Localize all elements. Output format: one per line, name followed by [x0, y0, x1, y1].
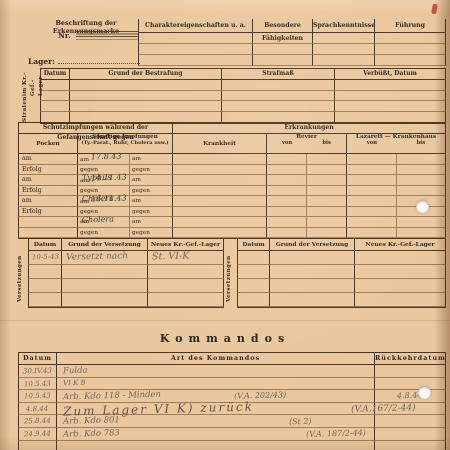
nr-label: Nr. [58, 31, 71, 40]
empty-cell [253, 44, 313, 55]
hole-punch-top [416, 200, 429, 213]
empty-cell [267, 196, 307, 207]
empty-cell [375, 44, 446, 55]
empty-cell [335, 80, 446, 91]
empty-cell [347, 196, 397, 207]
empty-cell [173, 217, 267, 228]
empty-cell [28, 265, 62, 279]
versetzungen-side-label-right: Versetzungen [226, 246, 232, 302]
empty-cell [347, 165, 397, 176]
empty-cell [307, 207, 347, 218]
impf-row-label: Erfolg [18, 207, 78, 218]
empty-cell [138, 33, 253, 44]
empty-cell [222, 101, 335, 112]
empty-cell [28, 293, 62, 307]
empty-cell [355, 293, 446, 307]
impf-right: gegen [130, 186, 173, 197]
empty-cell [237, 251, 270, 265]
empty-cell [347, 154, 397, 165]
empty-cell [307, 154, 347, 165]
empty-cell [397, 186, 446, 197]
lazarett-bis: bis [417, 140, 426, 146]
kommando-rueckkehr [375, 378, 446, 391]
empty-cell [62, 293, 148, 307]
empty-cell [173, 165, 267, 176]
empty-cell [313, 44, 375, 55]
empty-cell [267, 186, 307, 197]
empty-cell [62, 279, 148, 293]
empty-cell [307, 196, 347, 207]
col-charaktereigenschaften: Charaktereigenschaften u. a. [138, 19, 253, 33]
empty-cell [173, 154, 267, 165]
impf-row-label: Erfolg [18, 186, 78, 197]
empty-cell [173, 207, 267, 218]
erkennungsmarke-nr-row: Nr. [58, 31, 138, 40]
empty-cell [267, 217, 307, 228]
versetzung-neues-lager: St. VI-K [148, 251, 224, 265]
impf-value-handwritten: 14.11.43 [91, 173, 127, 184]
col-krankheit: Krankheit [173, 134, 267, 154]
empty-cell [237, 279, 270, 293]
empty-cell [307, 165, 347, 176]
empty-cell [267, 154, 307, 165]
empty-cell [62, 265, 148, 279]
empty-cell [253, 55, 313, 66]
impfungen-title: Schutzimpfungen während der Gefangenscha… [18, 123, 173, 134]
col-neues-lager: Neues Kr.-Gef.-Lager [355, 239, 446, 251]
empty-cell [148, 279, 224, 293]
empty-cell [313, 55, 375, 66]
kommandos-table: Datum Art des Kommandos Rückkehrdatum 30… [18, 352, 446, 450]
kommando-note: (V.A. 187/2-44) [306, 428, 366, 439]
col-besondere-faehigkeiten: Besondere Fähigkeiten [253, 19, 313, 33]
col-neues-lager: Neues Kr.-Gef.-Lager [148, 239, 224, 251]
versetzung-datum: 10-5-43 [28, 251, 62, 265]
impf-value-handwritten: 16.11.43 [91, 194, 127, 205]
kommando-rueckkehr: 4.8.44 [375, 390, 446, 403]
empty-cell [57, 441, 375, 450]
empty-cell [375, 55, 446, 66]
impf-mid: am17.8.43 [78, 154, 130, 165]
col-datum: Datum [237, 239, 270, 251]
col-art-des-kommandos: Art des Kommandos [57, 353, 375, 365]
empty-cell [307, 175, 347, 186]
kommando-datum: 24.9.44 [18, 428, 57, 441]
empty-cell [222, 80, 335, 91]
impf-right: gegen [130, 165, 173, 176]
empty-cell [270, 279, 355, 293]
empty-cell [173, 228, 267, 239]
col-grund-der-versetzung: Grund der Versetzung [62, 239, 148, 251]
empty-cell [397, 154, 446, 165]
lager-label: Lager: [28, 57, 55, 66]
empty-cell [222, 91, 335, 102]
impf-row-label [18, 228, 78, 239]
impf-value-handwritten: 17.8.43 [91, 152, 122, 163]
col-fuehrung: Führung [375, 19, 446, 33]
col-revier: Revier vonbis [267, 134, 347, 154]
kommando-art: VI K B [57, 378, 375, 391]
empty-cell [70, 101, 222, 112]
empty-cell [267, 165, 307, 176]
lager-row: Lager: [28, 56, 140, 66]
versetzungen-table-left: Datum Grund der Versetzung Neues Kr.-Gef… [28, 238, 224, 308]
empty-cell [267, 228, 307, 239]
empty-cell [347, 207, 397, 218]
empty-cell [148, 293, 224, 307]
impf-row-label: am [18, 154, 78, 165]
kommando-datum: 30.IV.43 [18, 365, 57, 378]
empty-cell [307, 186, 347, 197]
col-strafmass: Strafmaß [222, 69, 335, 80]
kommando-datum: 10.5.43 [18, 378, 57, 391]
impf-right: am [130, 175, 173, 186]
col-lazarett: Lazarett — Krankenhaus vonbis [347, 134, 446, 154]
empty-cell [148, 265, 224, 279]
impf-value-handwritten: Cholera [82, 214, 114, 225]
impf-mid: gegenCholera [78, 207, 130, 218]
col-datum: Datum [28, 239, 62, 251]
empty-cell [307, 228, 347, 239]
lazarett-von: von [367, 140, 377, 146]
col-pocken: Pocken [18, 134, 78, 154]
empty-cell [397, 228, 446, 239]
empty-cell [70, 91, 222, 102]
kommando-art: Zum Lager VI K) zurück(V.A.167/2-44) [57, 403, 375, 416]
kommando-rueckkehr [375, 428, 446, 441]
erkrankungen-title: Erkrankungen [173, 123, 446, 134]
paper-crease [0, 320, 450, 321]
kommandos-title: Kommandos [0, 332, 450, 345]
col-sonstige-impfungen: Sonstige Impfungen (Ty.-Parat., Ruhr, Ch… [78, 134, 173, 154]
kommando-datum: 4.8.44 [18, 403, 57, 416]
impf-right: gegen [130, 228, 173, 239]
empty-cell [173, 175, 267, 186]
red-pencil-mark [431, 4, 438, 15]
empty-cell [173, 196, 267, 207]
empty-cell [347, 186, 397, 197]
empty-cell [28, 279, 62, 293]
empty-cell [40, 101, 70, 112]
kommando-art: Arb. Kdo 783(V.A. 187/2-44) [57, 428, 375, 441]
empty-cell [270, 251, 355, 265]
kommando-note: (V.A.167/2-44) [351, 403, 416, 415]
empty-cell [138, 55, 253, 66]
empty-cell [335, 101, 446, 112]
empty-cell [267, 207, 307, 218]
impf-row-label: Erfolg [18, 165, 78, 176]
empty-cell [237, 265, 270, 279]
empty-cell [270, 265, 355, 279]
impf-row-label: am [18, 175, 78, 186]
versetzung-grund: Versetzt nach [62, 251, 148, 265]
col-rueckkehrdatum: Rückkehrdatum [375, 353, 446, 365]
col-datum: Datum [18, 353, 57, 365]
empty-cell [397, 165, 446, 176]
empty-cell [267, 175, 307, 186]
nr-value-struck-out [76, 31, 138, 40]
empty-cell [70, 80, 222, 91]
kommando-rueckkehr [375, 415, 446, 428]
empty-cell [253, 33, 313, 44]
revier-von: von [282, 140, 292, 146]
empty-cell [40, 91, 70, 102]
impf-row-label: am [18, 196, 78, 207]
empty-cell [347, 217, 397, 228]
empty-cell [307, 217, 347, 228]
col-verbuesst-datum: Verbüßt, Datum [335, 69, 446, 80]
kommando-art: Fulda [57, 365, 375, 378]
impf-right: gegen [130, 207, 173, 218]
kommando-rueckkehr [375, 365, 446, 378]
kommando-art: Arb. Kdo 801(St 2) [57, 415, 375, 428]
col-datum: Datum [40, 69, 70, 80]
empty-cell [397, 217, 446, 228]
kommando-datum: 25.8.44 [18, 415, 57, 428]
versetzungen-table-right: Datum Grund der Versetzung Neues Kr.-Gef… [237, 238, 446, 308]
empty-cell [347, 175, 397, 186]
empty-cell [347, 228, 397, 239]
empty-cell [375, 441, 446, 450]
kommando-datum: 10.5.43 [18, 390, 57, 403]
empty-cell [355, 251, 446, 265]
empty-cell [375, 33, 446, 44]
empty-cell [173, 186, 267, 197]
character-table: Charaktereigenschaften u. a. Besondere F… [138, 19, 446, 66]
col-grund-der-versetzung: Grund der Versetzung [270, 239, 355, 251]
empty-cell [397, 175, 446, 186]
lager-blank-line [58, 56, 140, 64]
col-grund-der-bestrafung: Grund der Bestrafung [70, 69, 222, 80]
empty-cell [355, 279, 446, 293]
impf-right: am [130, 196, 173, 207]
empty-cell [335, 91, 446, 102]
empty-cell [18, 441, 57, 450]
empty-cell [237, 293, 270, 307]
empty-cell [40, 80, 70, 91]
impf-mid: gegen [78, 228, 130, 239]
revier-bis: bis [322, 140, 331, 146]
empty-cell [313, 33, 375, 44]
impf-right: am [130, 154, 173, 165]
impfungen-erkrankungen-table: Schutzimpfungen während der Gefangenscha… [18, 122, 446, 239]
hole-punch-bottom [418, 386, 431, 399]
empty-cell [355, 265, 446, 279]
empty-cell [138, 44, 253, 55]
empty-cell [270, 293, 355, 307]
strafen-table: Datum Grund der Bestrafung Strafmaß Verb… [40, 68, 446, 124]
col-sprachkenntnisse: Sprachkenntnisse [313, 19, 375, 33]
versetzungen-side-label-left: Versetzungen [17, 246, 23, 302]
kommando-note: (St 2) [289, 416, 312, 426]
impf-row-label [18, 217, 78, 228]
impf-right: am [130, 217, 173, 228]
